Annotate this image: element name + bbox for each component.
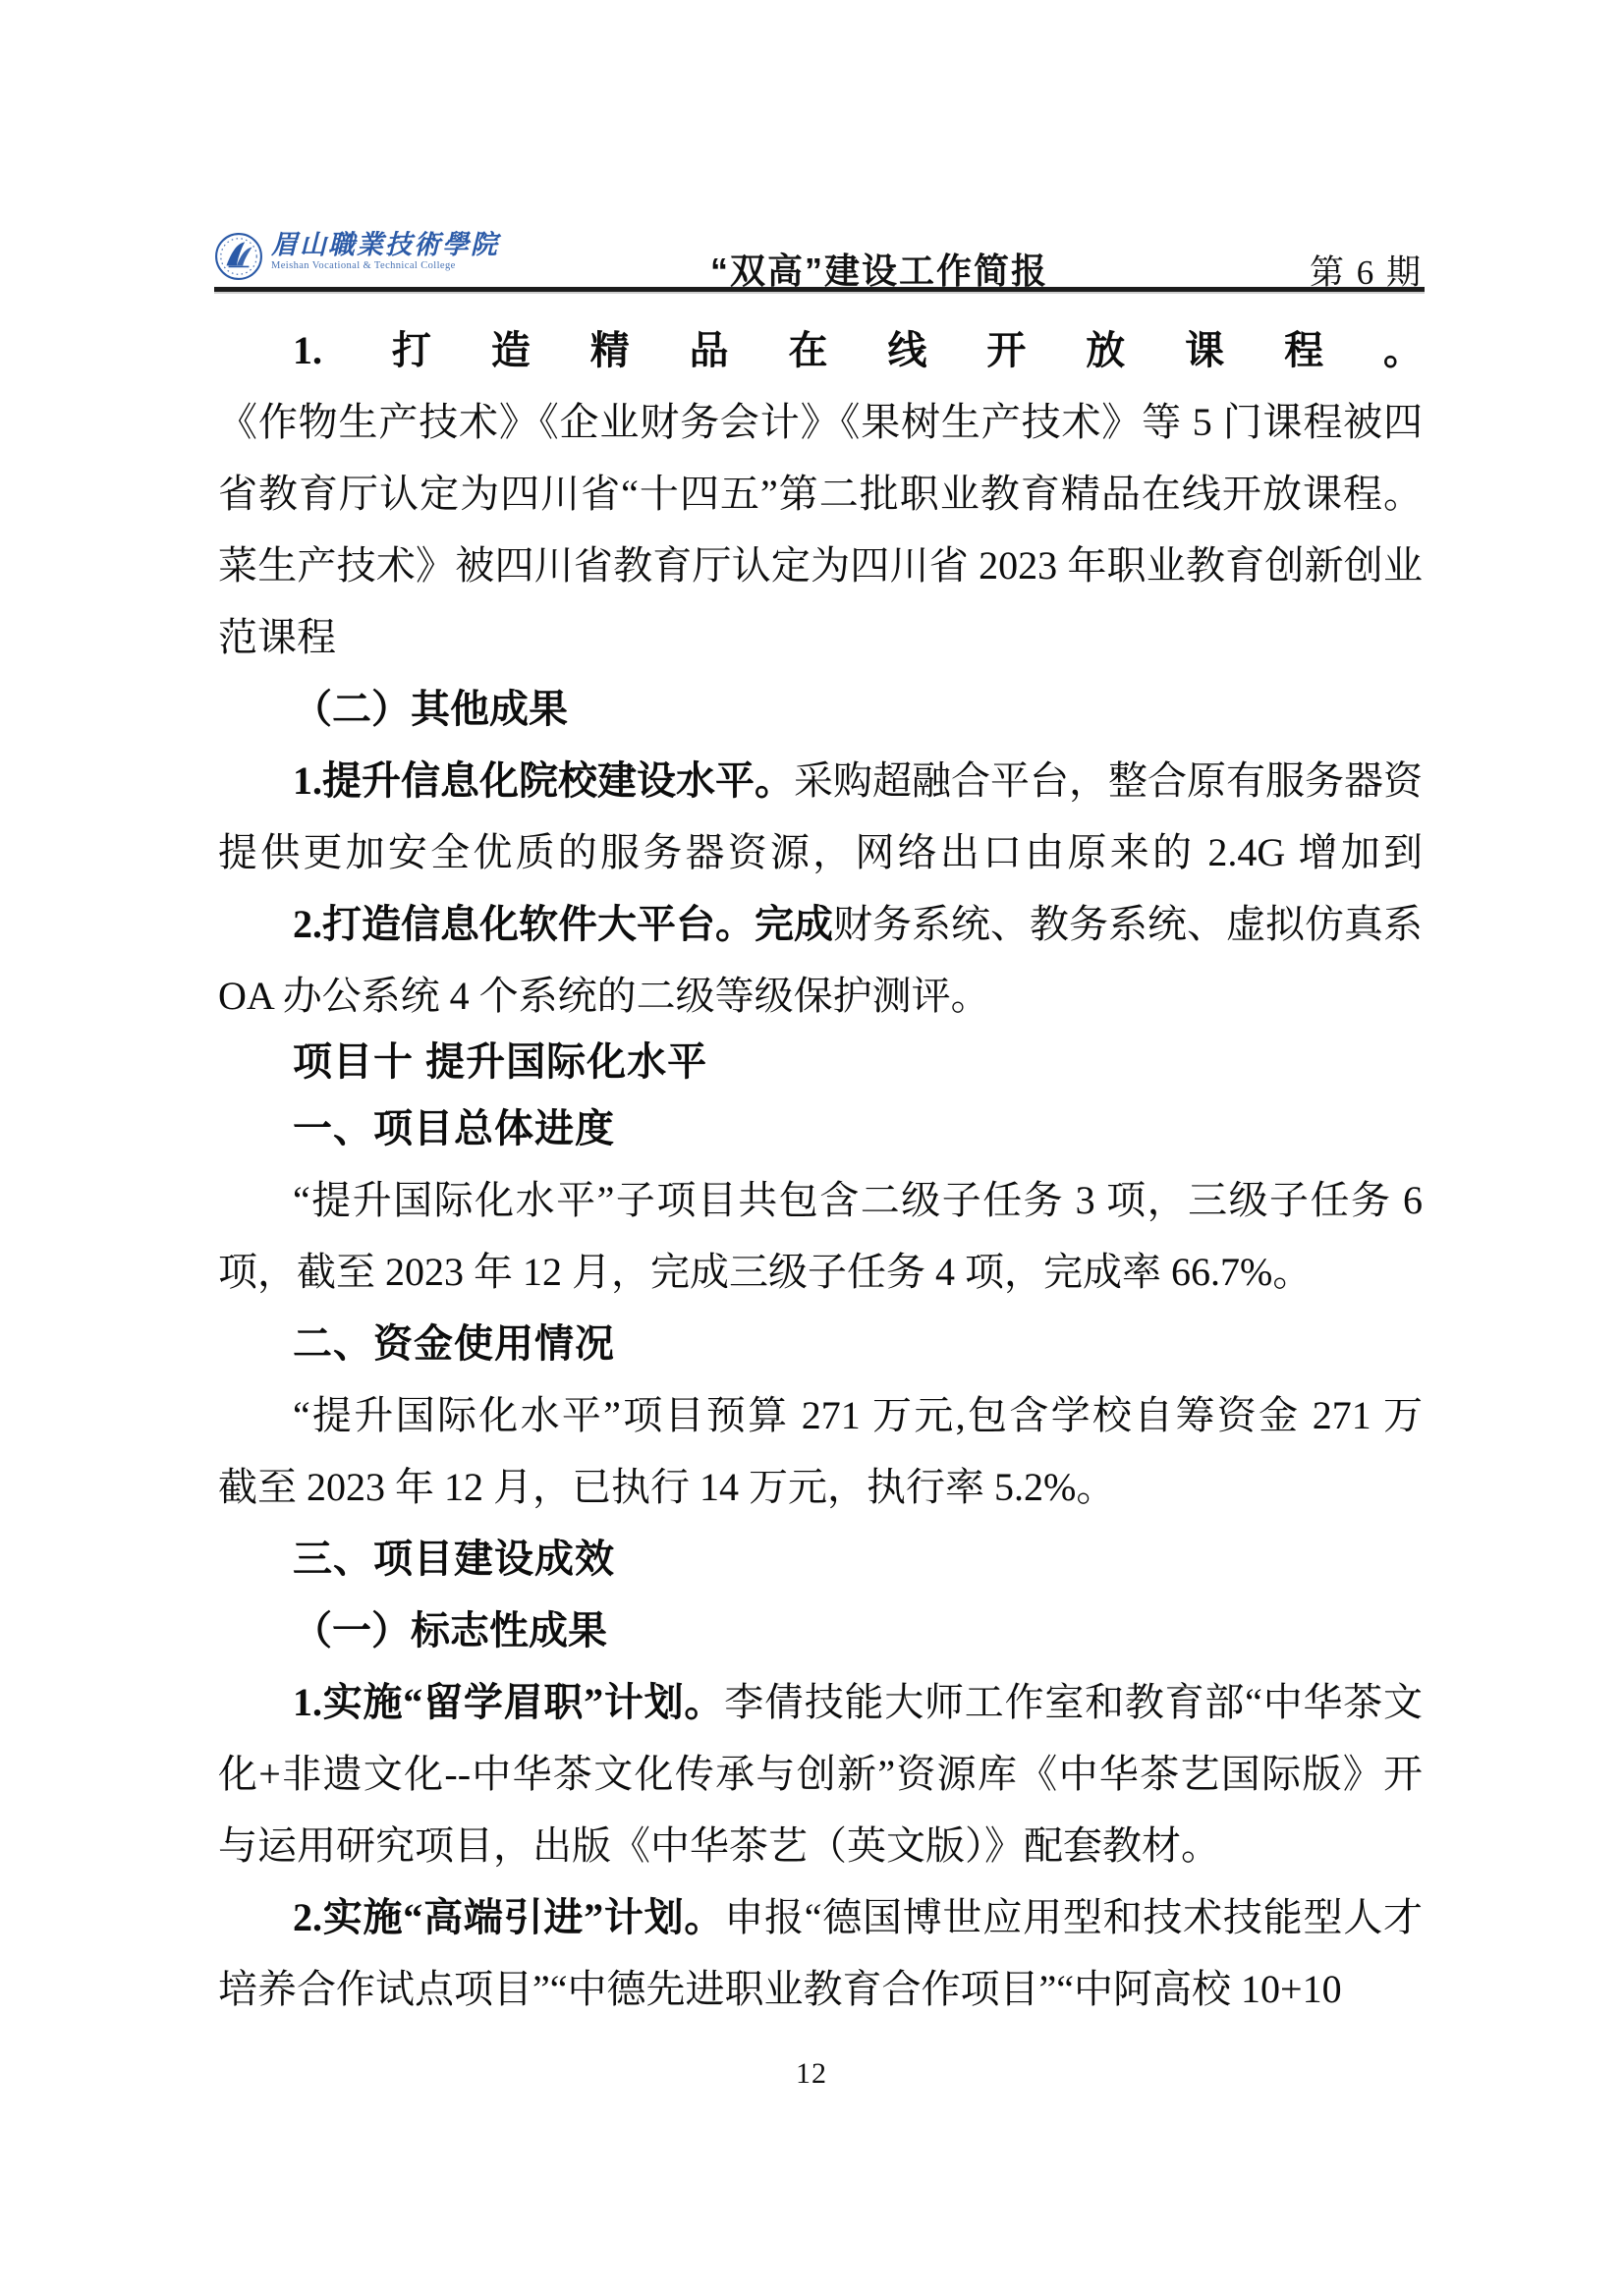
text-line: （二）其他成果 bbox=[218, 673, 1423, 745]
text-line: 与运用研究项目，出版《中华茶艺（英文版）》配套教材。 bbox=[218, 1810, 1423, 1881]
college-logo: 眉山職業技術學院 Meishan Vocational & Technical … bbox=[214, 230, 499, 287]
text-line: 一、项目总体进度 bbox=[218, 1092, 1423, 1164]
text-run: 范课程 bbox=[218, 615, 336, 659]
text-run-bold: （二）其他成果 bbox=[293, 687, 568, 731]
text-run-bold: 1.实施“留学眉职”计划。 bbox=[293, 1680, 724, 1724]
text-line: OA 办公系统 4 个系统的二级等级保护测评。 bbox=[218, 960, 1423, 1032]
text-run: 李倩技能大师工作室和教育部“中华茶文 bbox=[724, 1680, 1423, 1724]
text-run: 项，截至 2023 年 12 月，完成三级子任务 4 项，完成率 66.7%。 bbox=[218, 1250, 1312, 1294]
document-page: 眉山職業技術學院 Meishan Vocational & Technical … bbox=[0, 0, 1623, 2296]
text-run-bold: 二、资金使用情况 bbox=[293, 1322, 615, 1366]
page-number: 12 bbox=[796, 2057, 827, 2090]
text-line: 化+非遗文化--中华茶文化传承与创新”资源库《中华茶艺国际版》开发 bbox=[218, 1738, 1423, 1810]
text-run-bold: 项目十 提升国际化水平 bbox=[293, 1040, 707, 1084]
text-line: 二、资金使用情况 bbox=[218, 1308, 1423, 1379]
text-line: “提升国际化水平”项目预算 271 万元,包含学校自筹资金 271 万元。 bbox=[218, 1379, 1423, 1451]
college-seal-icon bbox=[214, 232, 263, 281]
header-rule bbox=[214, 287, 1425, 292]
text-run: 省教育厅认定为四川省“十四五”第二批职业教育精品在线开放课程。《蔬 bbox=[218, 472, 1423, 530]
text-line: 三、项目建设成效 bbox=[218, 1523, 1423, 1595]
text-run: 培养合作试点项目”“中德先进职业教育合作项目”“中阿高校 10+10 bbox=[218, 1967, 1342, 2011]
text-run: OA 办公系统 4 个系统的二级等级保护测评。 bbox=[218, 974, 990, 1018]
text-run: 截至 2023 年 12 月，已执行 14 万元，执行率 5.2%。 bbox=[218, 1465, 1115, 1509]
text-run: 申报“德国博世应用型和技术技能型人才 bbox=[724, 1895, 1423, 1939]
text-line: 2.打造信息化软件大平台。完成财务系统、教务系统、虚拟仿真系统、 bbox=[218, 888, 1423, 960]
text-run-bold: 2.实施“高端引进”计划。 bbox=[293, 1895, 724, 1939]
text-line: 提供更加安全优质的服务器资源，网络出口由原来的 2.4G 增加到 2.6G。 bbox=[218, 816, 1423, 888]
text-line: 1. 打造精品在线开放课程。《办公软件应用》《食品理化检测技术》 bbox=[218, 314, 1423, 386]
text-run-bold: 三、项目建设成效 bbox=[293, 1538, 615, 1581]
text-run: “提升国际化水平”子项目共包含二级子任务 3 项，三级子任务 6 bbox=[293, 1178, 1423, 1222]
text-line: 2.实施“高端引进”计划。申报“德国博世应用型和技术技能型人才 bbox=[218, 1881, 1423, 1953]
text-run-bold: 一、项目总体进度 bbox=[293, 1107, 615, 1150]
text-line: 1.实施“留学眉职”计划。李倩技能大师工作室和教育部“中华茶文 bbox=[218, 1666, 1423, 1738]
page-footer: 12 bbox=[0, 2057, 1623, 2091]
text-run: 菜生产技术》被四川省教育厅认定为四川省 2023 年职业教育创新创业示 bbox=[218, 543, 1423, 601]
text-run: 化+非遗文化--中华茶文化传承与创新”资源库《中华茶艺国际版》开发 bbox=[218, 1752, 1423, 1810]
text-run-bold: 2.打造信息化软件大平台。完成 bbox=[293, 902, 833, 946]
text-line: 项目十 提升国际化水平 bbox=[218, 1032, 1423, 1092]
text-line: 1.提升信息化院校建设水平。采购超融合平台，整合原有服务器资源， bbox=[218, 745, 1423, 816]
text-line: 范课程 bbox=[218, 601, 1423, 673]
text-line: 菜生产技术》被四川省教育厅认定为四川省 2023 年职业教育创新创业示 bbox=[218, 530, 1423, 601]
text-line: 培养合作试点项目”“中德先进职业教育合作项目”“中阿高校 10+10 bbox=[218, 1953, 1423, 2025]
document-body: 1. 打造精品在线开放课程。《办公软件应用》《食品理化检测技术》《作物生产技术》… bbox=[218, 314, 1423, 2025]
text-line: “提升国际化水平”子项目共包含二级子任务 3 项，三级子任务 6 bbox=[218, 1164, 1423, 1236]
text-run-bold: （一）标志性成果 bbox=[293, 1608, 607, 1652]
text-line: 项，截至 2023 年 12 月，完成三级子任务 4 项，完成率 66.7%。 bbox=[218, 1236, 1423, 1308]
college-name-en: Meishan Vocational & Technical College bbox=[271, 259, 499, 273]
text-line: 省教育厅认定为四川省“十四五”第二批职业教育精品在线开放课程。《蔬 bbox=[218, 458, 1423, 530]
text-line: 截至 2023 年 12 月，已执行 14 万元，执行率 5.2%。 bbox=[218, 1451, 1423, 1523]
college-name-zh: 眉山職業技術學院 bbox=[271, 230, 499, 259]
text-run: “提升国际化水平”项目预算 271 万元,包含学校自筹资金 271 万元。 bbox=[293, 1393, 1423, 1451]
text-run-bold: 1.提升信息化院校建设水平。 bbox=[293, 758, 794, 803]
text-run-bold: 1. 打造精品在线开放课程。 bbox=[293, 328, 1423, 372]
text-line: 《作物生产技术》《企业财务会计》《果树生产技术》等 5 门课程被四川 bbox=[218, 386, 1423, 458]
masthead: 眉山職業技術學院 Meishan Vocational & Technical … bbox=[214, 230, 1425, 287]
college-logo-text: 眉山職業技術學院 Meishan Vocational & Technical … bbox=[271, 230, 499, 273]
text-run: 与运用研究项目，出版《中华茶艺（英文版）》配套教材。 bbox=[218, 1823, 1220, 1868]
text-run: 提供更加安全优质的服务器资源，网络出口由原来的 2.4G 增加到 2.6G。 bbox=[218, 830, 1423, 888]
text-line: （一）标志性成果 bbox=[218, 1595, 1423, 1666]
text-run: 《作物生产技术》《企业财务会计》《果树生产技术》等 5 门课程被四川 bbox=[218, 400, 1423, 458]
